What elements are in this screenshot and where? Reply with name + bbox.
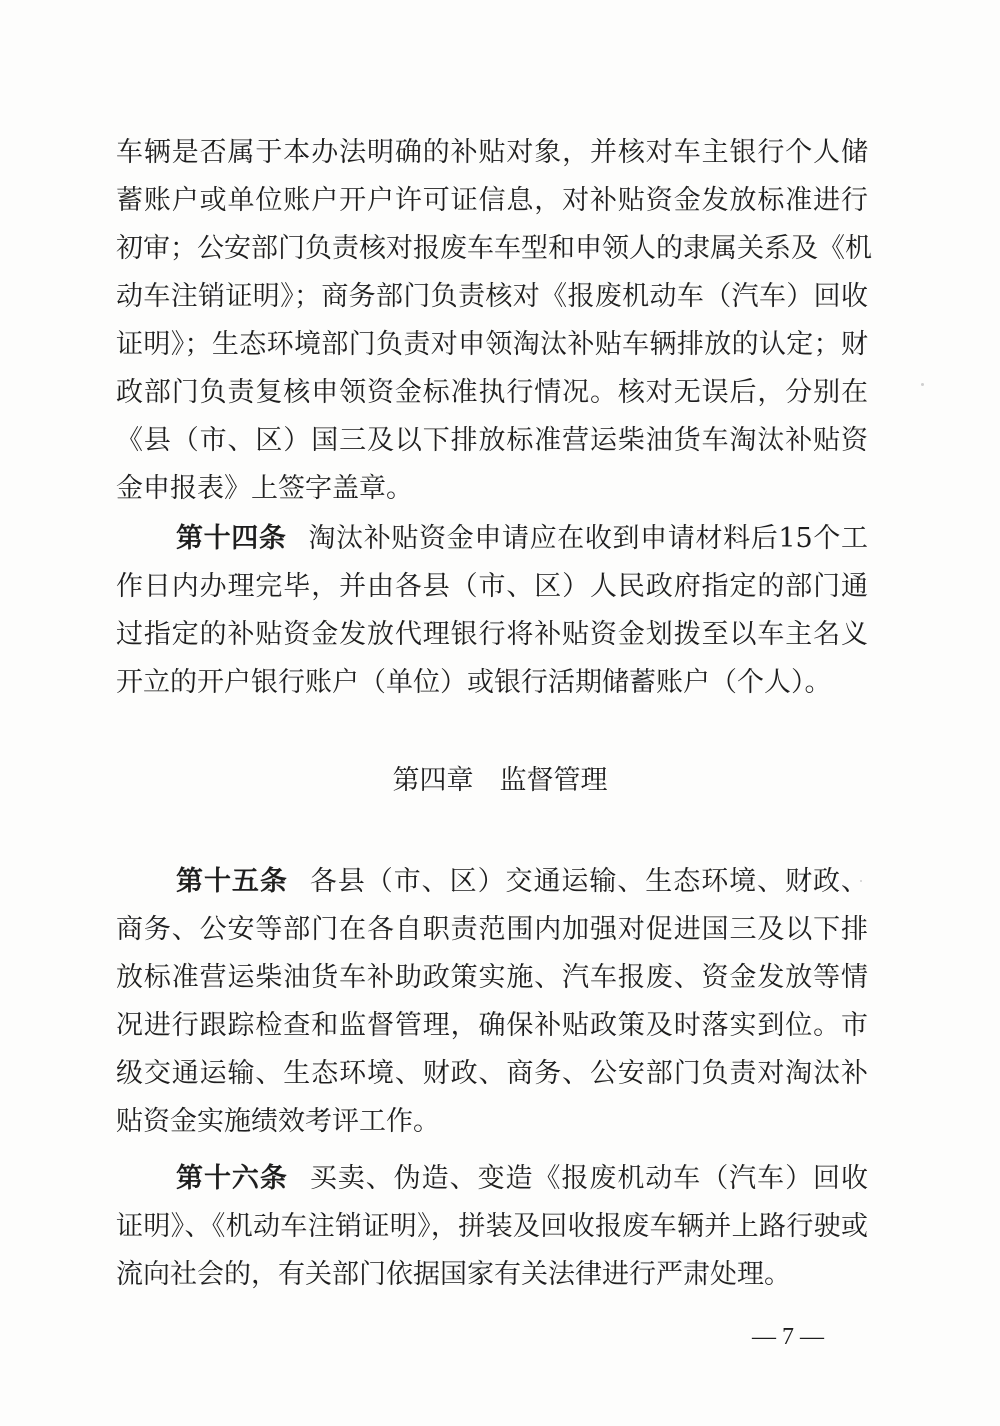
text-segment: 淘汰补贴资金申请应在收到申请材料后15个工 (309, 523, 868, 554)
text-segment: 买卖、伪造、变造《报废机动车（汽车）回收 (310, 1163, 868, 1194)
text-line: 流向社会的，有关部门依据国家有关法律进行严肃处理。 (116, 1258, 868, 1292)
text-line: 况进行跟踪检查和监督管理，确保补贴政策及时落实到位。市 (116, 1009, 868, 1043)
text-line: 证明》；生态环境部门负责对申领淘汰补贴车辆排放的认定；财 (116, 328, 868, 362)
article-15-first-line: 第十五条各县（市、区）交通运输、生态环境、财政、 (176, 865, 868, 899)
text-line: 《县（市、区）国三及以下排放标准营运柴油货车淘汰补贴资 (116, 424, 868, 458)
text-line: 证明》、《机动车注销证明》，拼装及回收报废车辆并上路行驶或 (116, 1210, 868, 1244)
text-line: 放标准营运柴油货车补助政策实施、汽车报废、资金发放等情 (116, 961, 868, 995)
text-line: 蓄账户或单位账户开户许可证信息，对补贴资金发放标准进行 (116, 184, 868, 218)
text-line: 开立的开户银行账户（单位）或银行活期储蓄账户（个人）。 (116, 666, 868, 700)
text-line: 级交通运输、生态环境、财政、商务、公安部门负责对淘汰补 (116, 1057, 868, 1091)
article-label: 第十五条 (176, 866, 288, 897)
text-line: 初审；公安部门负责核对报废车车型和申领人的隶属关系及《机 (116, 232, 868, 266)
document-page: 车辆是否属于本办法明确的补贴对象，并核对车主银行个人储 蓄账户或单位账户开户许可… (0, 0, 1000, 1426)
article-label: 第十四条 (176, 523, 287, 554)
scan-speck (860, 880, 862, 882)
scan-speck (921, 383, 924, 386)
text-line: 商务、公安等部门在各自职责范围内加强对促进国三及以下排 (116, 913, 868, 947)
chapter-title: 监督管理 (500, 765, 608, 796)
article-16-first-line: 第十六条买卖、伪造、变造《报废机动车（汽车）回收 (176, 1162, 868, 1196)
page-number: — 7 — (742, 1322, 834, 1352)
chapter-label: 第四章 (393, 765, 474, 796)
text-line: 政部门负责复核申领资金标准执行情况。核对无误后，分别在 (116, 376, 868, 410)
text-line: 过指定的补贴资金发放代理银行将补贴资金划拨至以车主名义 (116, 618, 868, 652)
text-line: 车辆是否属于本办法明确的补贴对象，并核对车主银行个人储 (116, 136, 868, 170)
text-segment: 各县（市、区）交通运输、生态环境、财政、 (310, 866, 868, 897)
text-line: 贴资金实施绩效考评工作。 (116, 1105, 868, 1139)
chapter-heading: 第四章监督管理 (0, 764, 1000, 798)
article-label: 第十六条 (176, 1163, 288, 1194)
article-14-first-line: 第十四条淘汰补贴资金申请应在收到申请材料后15个工 (176, 522, 868, 556)
text-line: 动车注销证明》；商务部门负责核对《报废机动车（汽车）回收 (116, 280, 868, 314)
text-line: 作日内办理完毕，并由各县（市、区）人民政府指定的部门通 (116, 570, 868, 604)
text-line: 金申报表》上签字盖章。 (116, 472, 868, 506)
